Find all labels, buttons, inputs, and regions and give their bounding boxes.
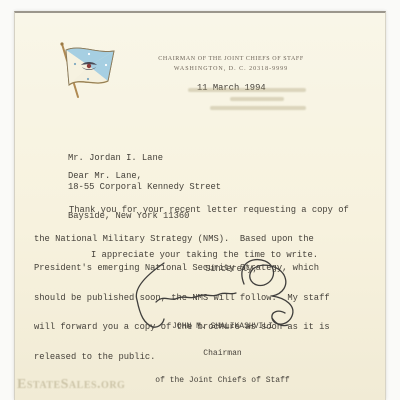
cjcs-flag-icon	[51, 38, 123, 102]
watermark: EstateSales.org	[17, 377, 125, 393]
body-line: President's emerging National Security S…	[34, 264, 349, 274]
body-paragraph-2: I appreciate your taking the time to wri…	[91, 251, 318, 261]
letterhead: CHAIRMAN OF THE JOINT CHIEFS OF STAFF WA…	[125, 56, 337, 72]
bleed-through-line	[230, 97, 284, 101]
signer-title-2: of the Joint Chiefs of Staff	[105, 376, 340, 385]
bleed-through-line	[210, 106, 306, 110]
signature-block: JOHN M. SHALIKASHVILI Chairman of the Jo…	[105, 304, 340, 400]
closing: Sincerely,	[205, 265, 258, 275]
letterhead-address: WASHINGTON, D. C. 20318-9999	[125, 66, 337, 72]
salutation: Dear Mr. Lane,	[68, 172, 142, 182]
signer-name: JOHN M. SHALIKASHVILI	[105, 322, 340, 331]
signer-title: Chairman	[105, 349, 340, 358]
letterhead-title: CHAIRMAN OF THE JOINT CHIEFS OF STAFF	[125, 56, 337, 62]
scanned-letter: CHAIRMAN OF THE JOINT CHIEFS OF STAFF WA…	[0, 0, 400, 400]
body-line: should be published soon, the NMS will f…	[34, 294, 349, 304]
recipient-name: Mr. Jordan I. Lane	[68, 154, 221, 164]
flag-pole-knob	[60, 42, 63, 45]
bleed-through-line	[188, 88, 306, 92]
bleed-through-text	[166, 88, 306, 115]
body-line: the National Military Strategy (NMS). Ba…	[34, 235, 349, 245]
letter-paper: CHAIRMAN OF THE JOINT CHIEFS OF STAFF WA…	[14, 11, 386, 400]
body-line: Thank you for your recent letter request…	[34, 206, 349, 216]
